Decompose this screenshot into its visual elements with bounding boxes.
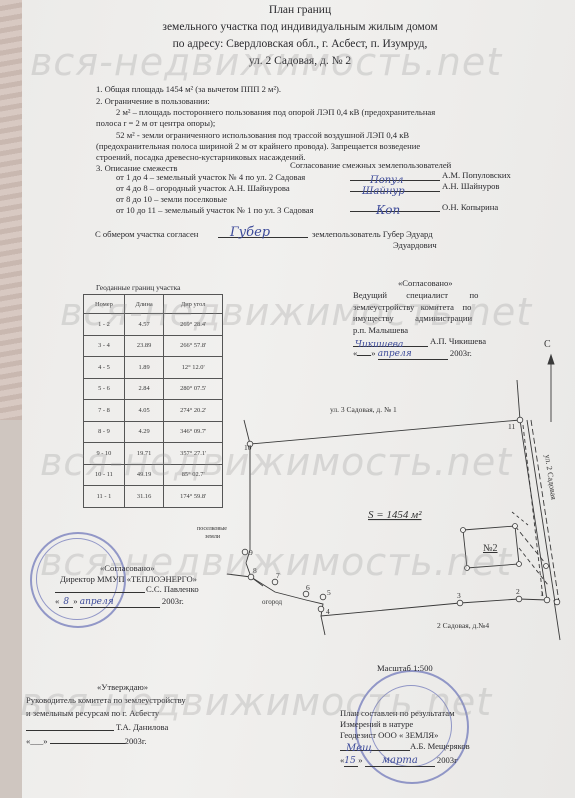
watermark: вся-недвижимость.net [30,40,502,84]
boundary-plan: 1 2 3 4 5 6 7 8 9 10 11 С ул. 3 Садовая,… [0,0,575,798]
surveyor-signer: А.Б. Мещеряков [410,741,470,751]
svg-text:6: 6 [306,583,310,592]
street-top-label: ул. 3 Садовая, д. № 1 [330,405,397,414]
approval-left-date: «8» апреля 2003г. [55,596,184,608]
svg-text:3: 3 [457,591,461,600]
surveyor-date: «15» марта 2003г [340,755,458,767]
surveyor-signature-line: Мещ [340,738,410,751]
north-label: С [544,339,551,350]
scale-label: Масштаб 1:500 [377,663,433,673]
approve-date: «___» 2003г. [26,736,147,746]
svg-text:4: 4 [326,607,330,616]
approval-left-signer: С.С. Павленко [146,584,199,594]
svg-text:5: 5 [327,588,331,597]
garden-label: огород [262,598,282,606]
svg-text:1: 1 [540,589,544,598]
svg-text:2: 2 [516,587,520,596]
settlement-lands-label: поселковые [197,526,227,532]
street-bottom-label: 2 Садовая, д.№4 [437,621,489,630]
street-right-label: ул. 2 Садовая [543,454,558,501]
area-label: S = 1454 м² [368,509,422,521]
svg-text:11: 11 [508,422,515,431]
